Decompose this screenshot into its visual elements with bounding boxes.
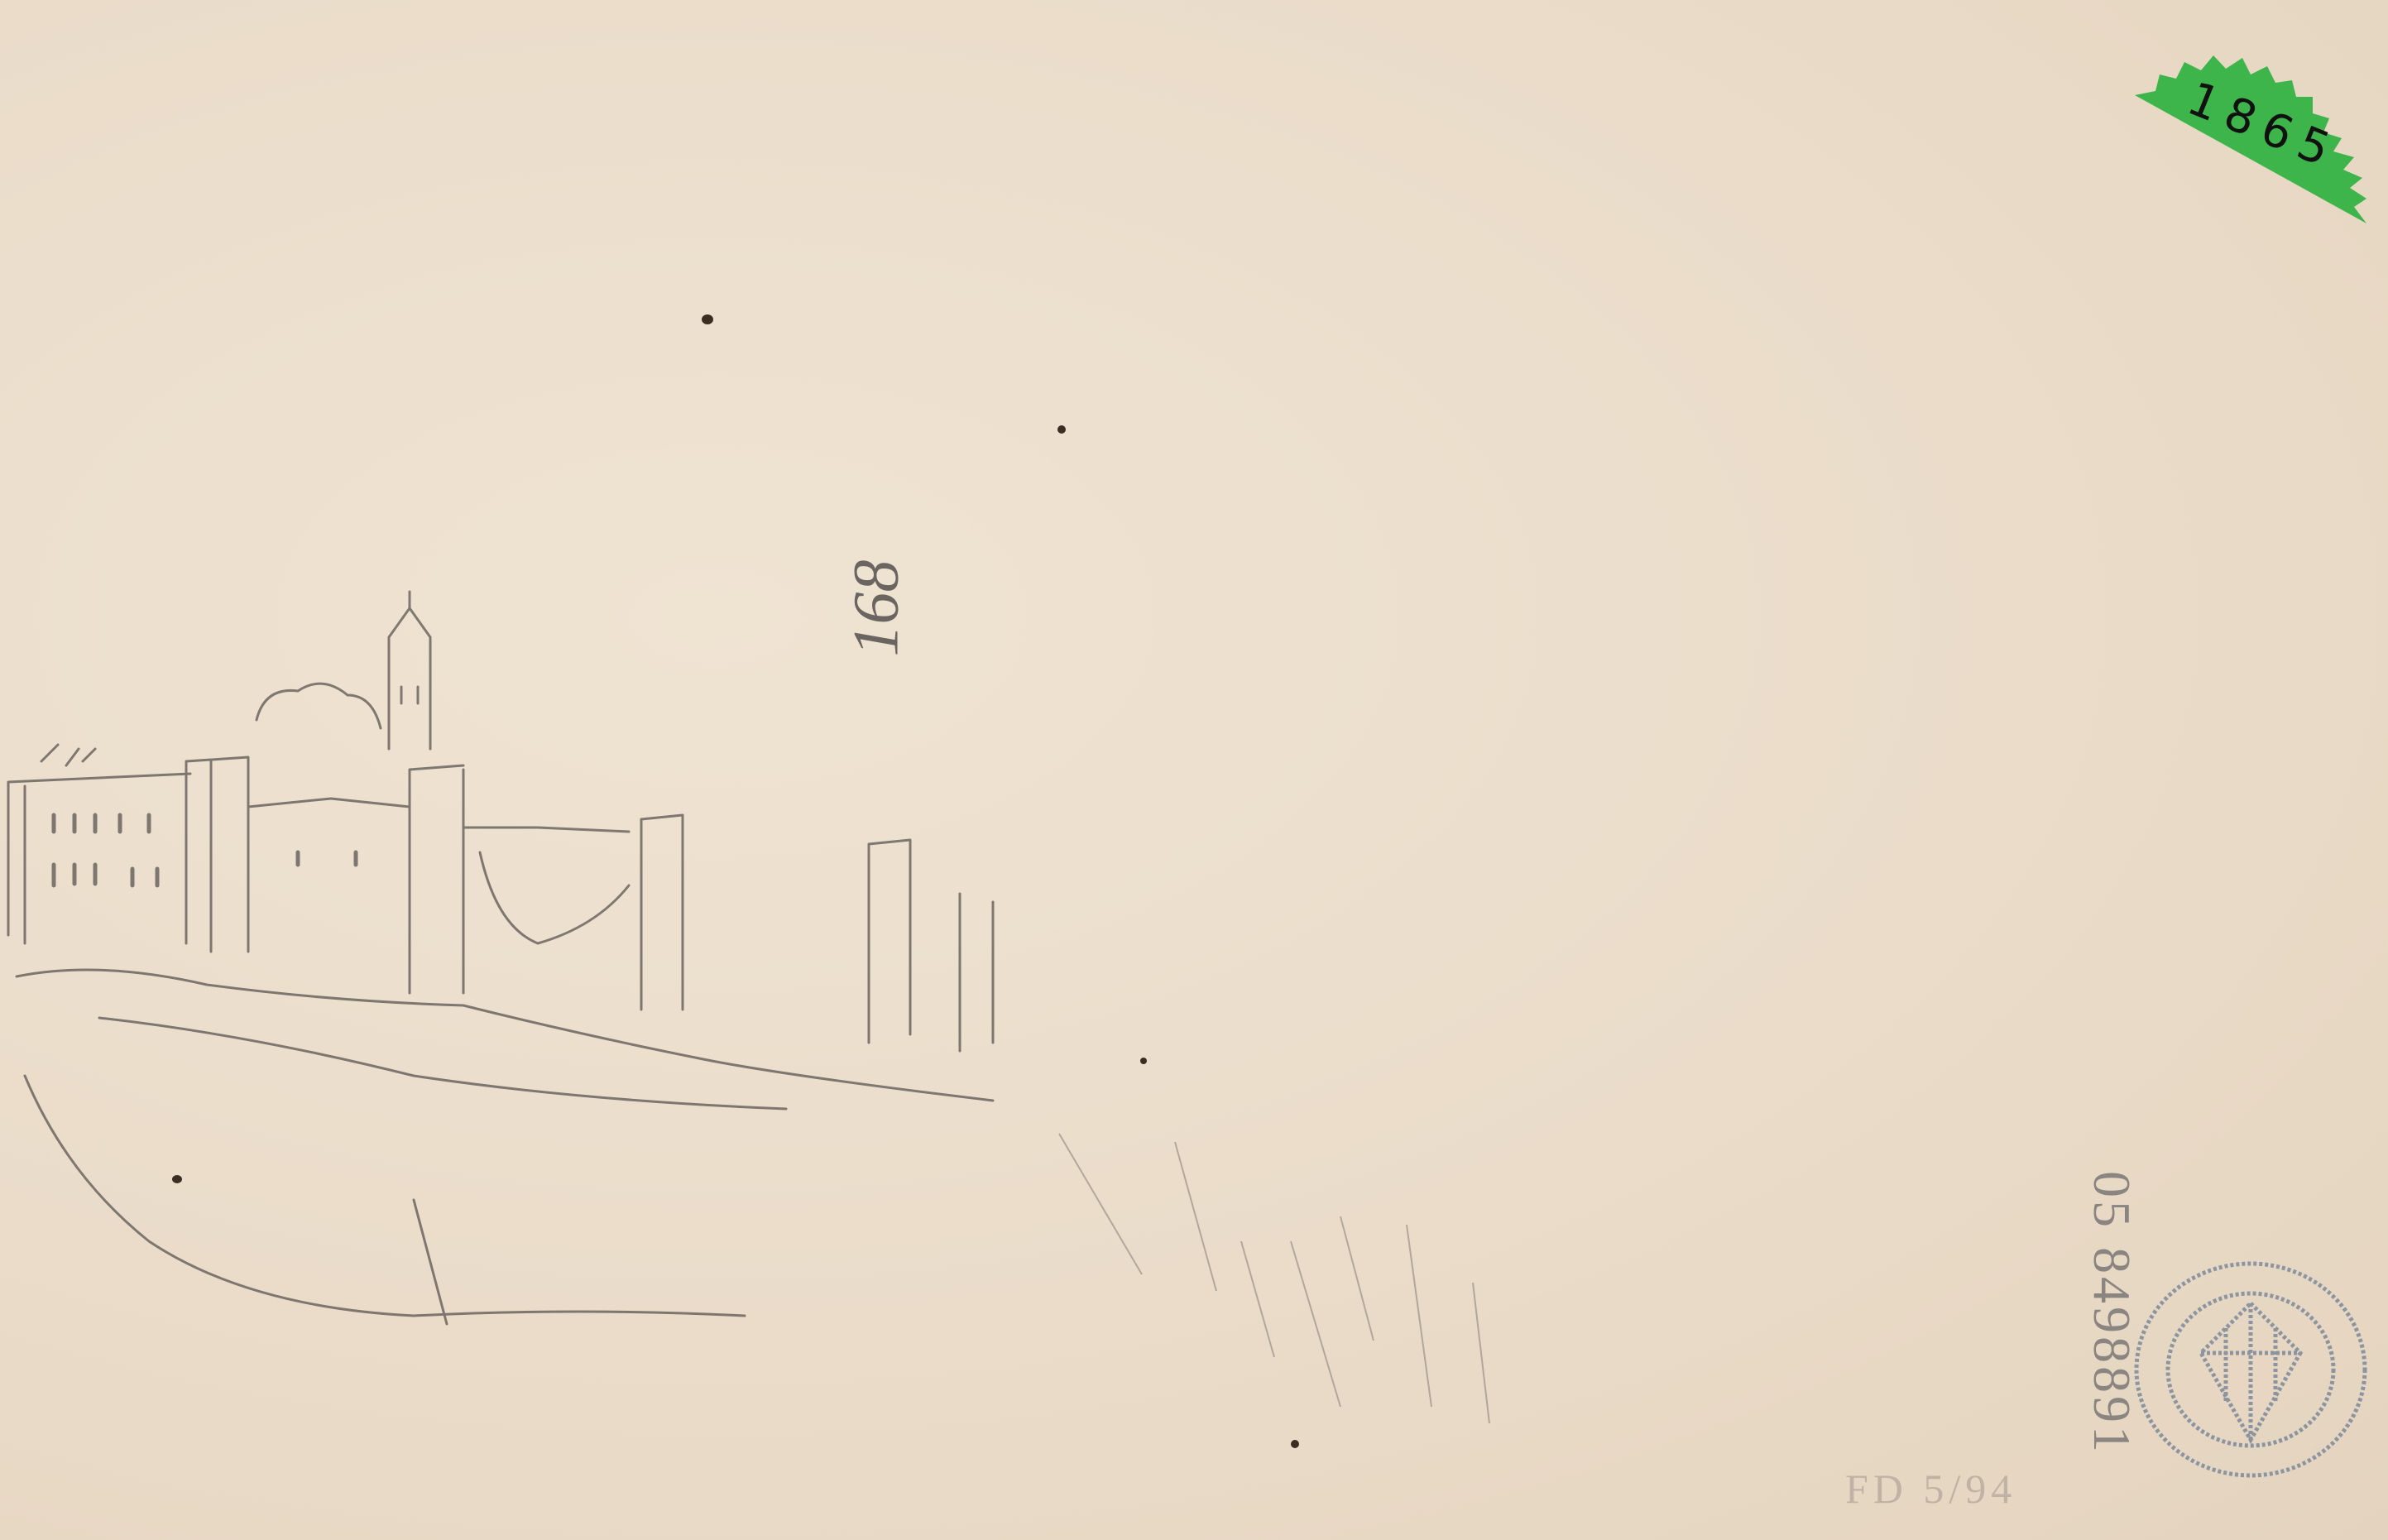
pencil-sketch-fortress (0, 0, 2388, 1540)
paper-spot (702, 314, 713, 324)
paper-spot (1140, 1058, 1147, 1064)
inventory-number: 168 (839, 560, 913, 657)
bottom-pencil-code: FD 5/94 (1845, 1465, 2016, 1513)
archive-stamp-icon (2127, 1254, 2375, 1485)
paper-spot (172, 1175, 182, 1183)
paper-spot (1057, 425, 1066, 434)
catalog-number-top: 05 (2083, 1171, 2141, 1231)
paper-sheet: 1865 168 05 8498891 FD 5/94 (0, 0, 2388, 1540)
paper-spot (1291, 1440, 1299, 1448)
